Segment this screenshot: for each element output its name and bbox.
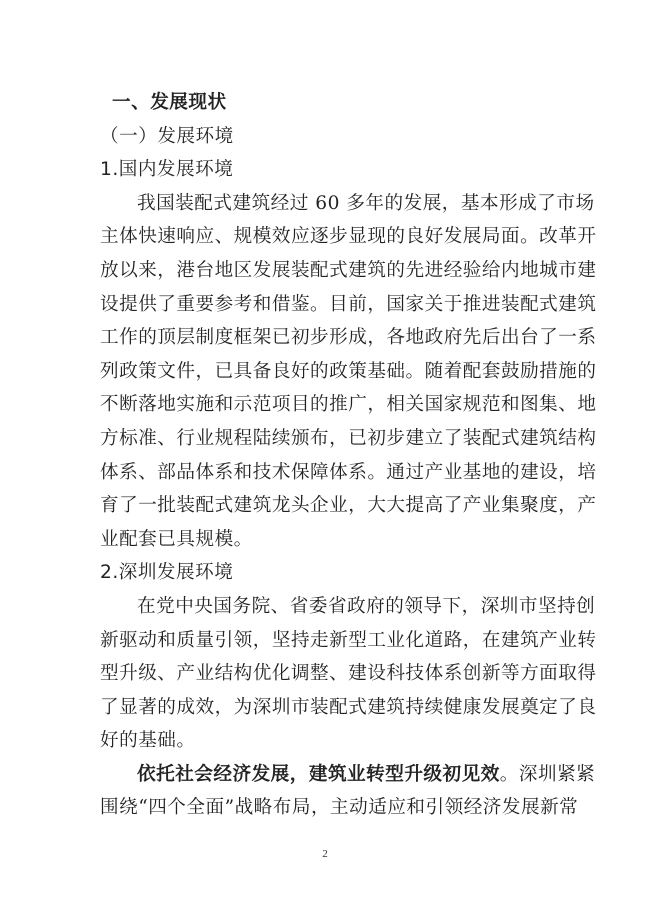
page-content: 一、发展现状 （一）发展环境 1.国内发展环境 我国装配式建筑经过 60 多年的… xyxy=(100,86,552,825)
paragraph-line: 型升级、产业结构优化调整、建设科技体系创新等方面取得 xyxy=(100,657,552,691)
paragraph-line: 新驱动和质量引领，坚持走新型工业化道路，在建筑产业转 xyxy=(100,624,552,658)
paragraph-line: 在党中央国务院、省委省政府的领导下，深圳市坚持创 xyxy=(100,590,552,624)
paragraph-line: 业配套已具规模。 xyxy=(100,523,552,557)
subsubsection-heading-shenzhen: 2.深圳发展环境 xyxy=(100,556,552,590)
paragraph-line: 列政策文件，已具备良好的政策基础。随着配套鼓励措施的 xyxy=(100,355,552,389)
paragraph-shenzhen: 在党中央国务院、省委省政府的领导下，深圳市坚持创 新驱动和质量引领，坚持走新型工… xyxy=(100,590,552,758)
paragraph-line: 工作的顶层制度框架已初步形成，各地政府先后出台了一系 xyxy=(100,321,552,355)
paragraph-line: 好的基础。 xyxy=(100,724,552,758)
paragraph-line: 方标准、行业规程陆续颁布，已初步建立了装配式建筑结构 xyxy=(100,422,552,456)
paragraph-line: 体系、部品体系和技术保障体系。通过产业基地的建设，培 xyxy=(100,456,552,490)
paragraph-line: 我国装配式建筑经过 60 多年的发展，基本形成了市场 xyxy=(100,187,552,221)
paragraph-line: 不断落地实施和示范项目的推广，相关国家规范和图集、地 xyxy=(100,388,552,422)
section-heading: 一、发展现状 xyxy=(100,86,552,120)
subsection-heading: （一）发展环境 xyxy=(100,120,552,154)
paragraph-line: 围绕“四个全面”战略布局，主动适应和引领经济发展新常 xyxy=(100,791,552,825)
page-number: 2 xyxy=(0,848,650,860)
bold-lead-text: 依托社会经济发展，建筑业转型升级初见效 xyxy=(137,764,500,785)
lead-rest-text: 。深圳紧紧 xyxy=(500,764,595,785)
paragraph-line: 放以来，港台地区发展装配式建筑的先进经验给内地城市建 xyxy=(100,254,552,288)
paragraph-economic: 依托社会经济发展，建筑业转型升级初见效。深圳紧紧 围绕“四个全面”战略布局，主动… xyxy=(100,758,552,825)
paragraph-domestic: 我国装配式建筑经过 60 多年的发展，基本形成了市场 主体快速响应、规模效应逐步… xyxy=(100,187,552,557)
paragraph-line: 育了一批装配式建筑龙头企业，大大提高了产业集聚度，产 xyxy=(100,489,552,523)
paragraph-line: 了显著的成效，为深圳市装配式建筑持续健康发展奠定了良 xyxy=(100,691,552,725)
document-page: 一、发展现状 （一）发展环境 1.国内发展环境 我国装配式建筑经过 60 多年的… xyxy=(0,0,650,919)
paragraph-line: 设提供了重要参考和借鉴。目前，国家关于推进装配式建筑 xyxy=(100,288,552,322)
paragraph-line: 主体快速响应、规模效应逐步显现的良好发展局面。改革开 xyxy=(100,220,552,254)
subsubsection-heading-domestic: 1.国内发展环境 xyxy=(100,153,552,187)
paragraph-line: 依托社会经济发展，建筑业转型升级初见效。深圳紧紧 xyxy=(100,758,552,792)
